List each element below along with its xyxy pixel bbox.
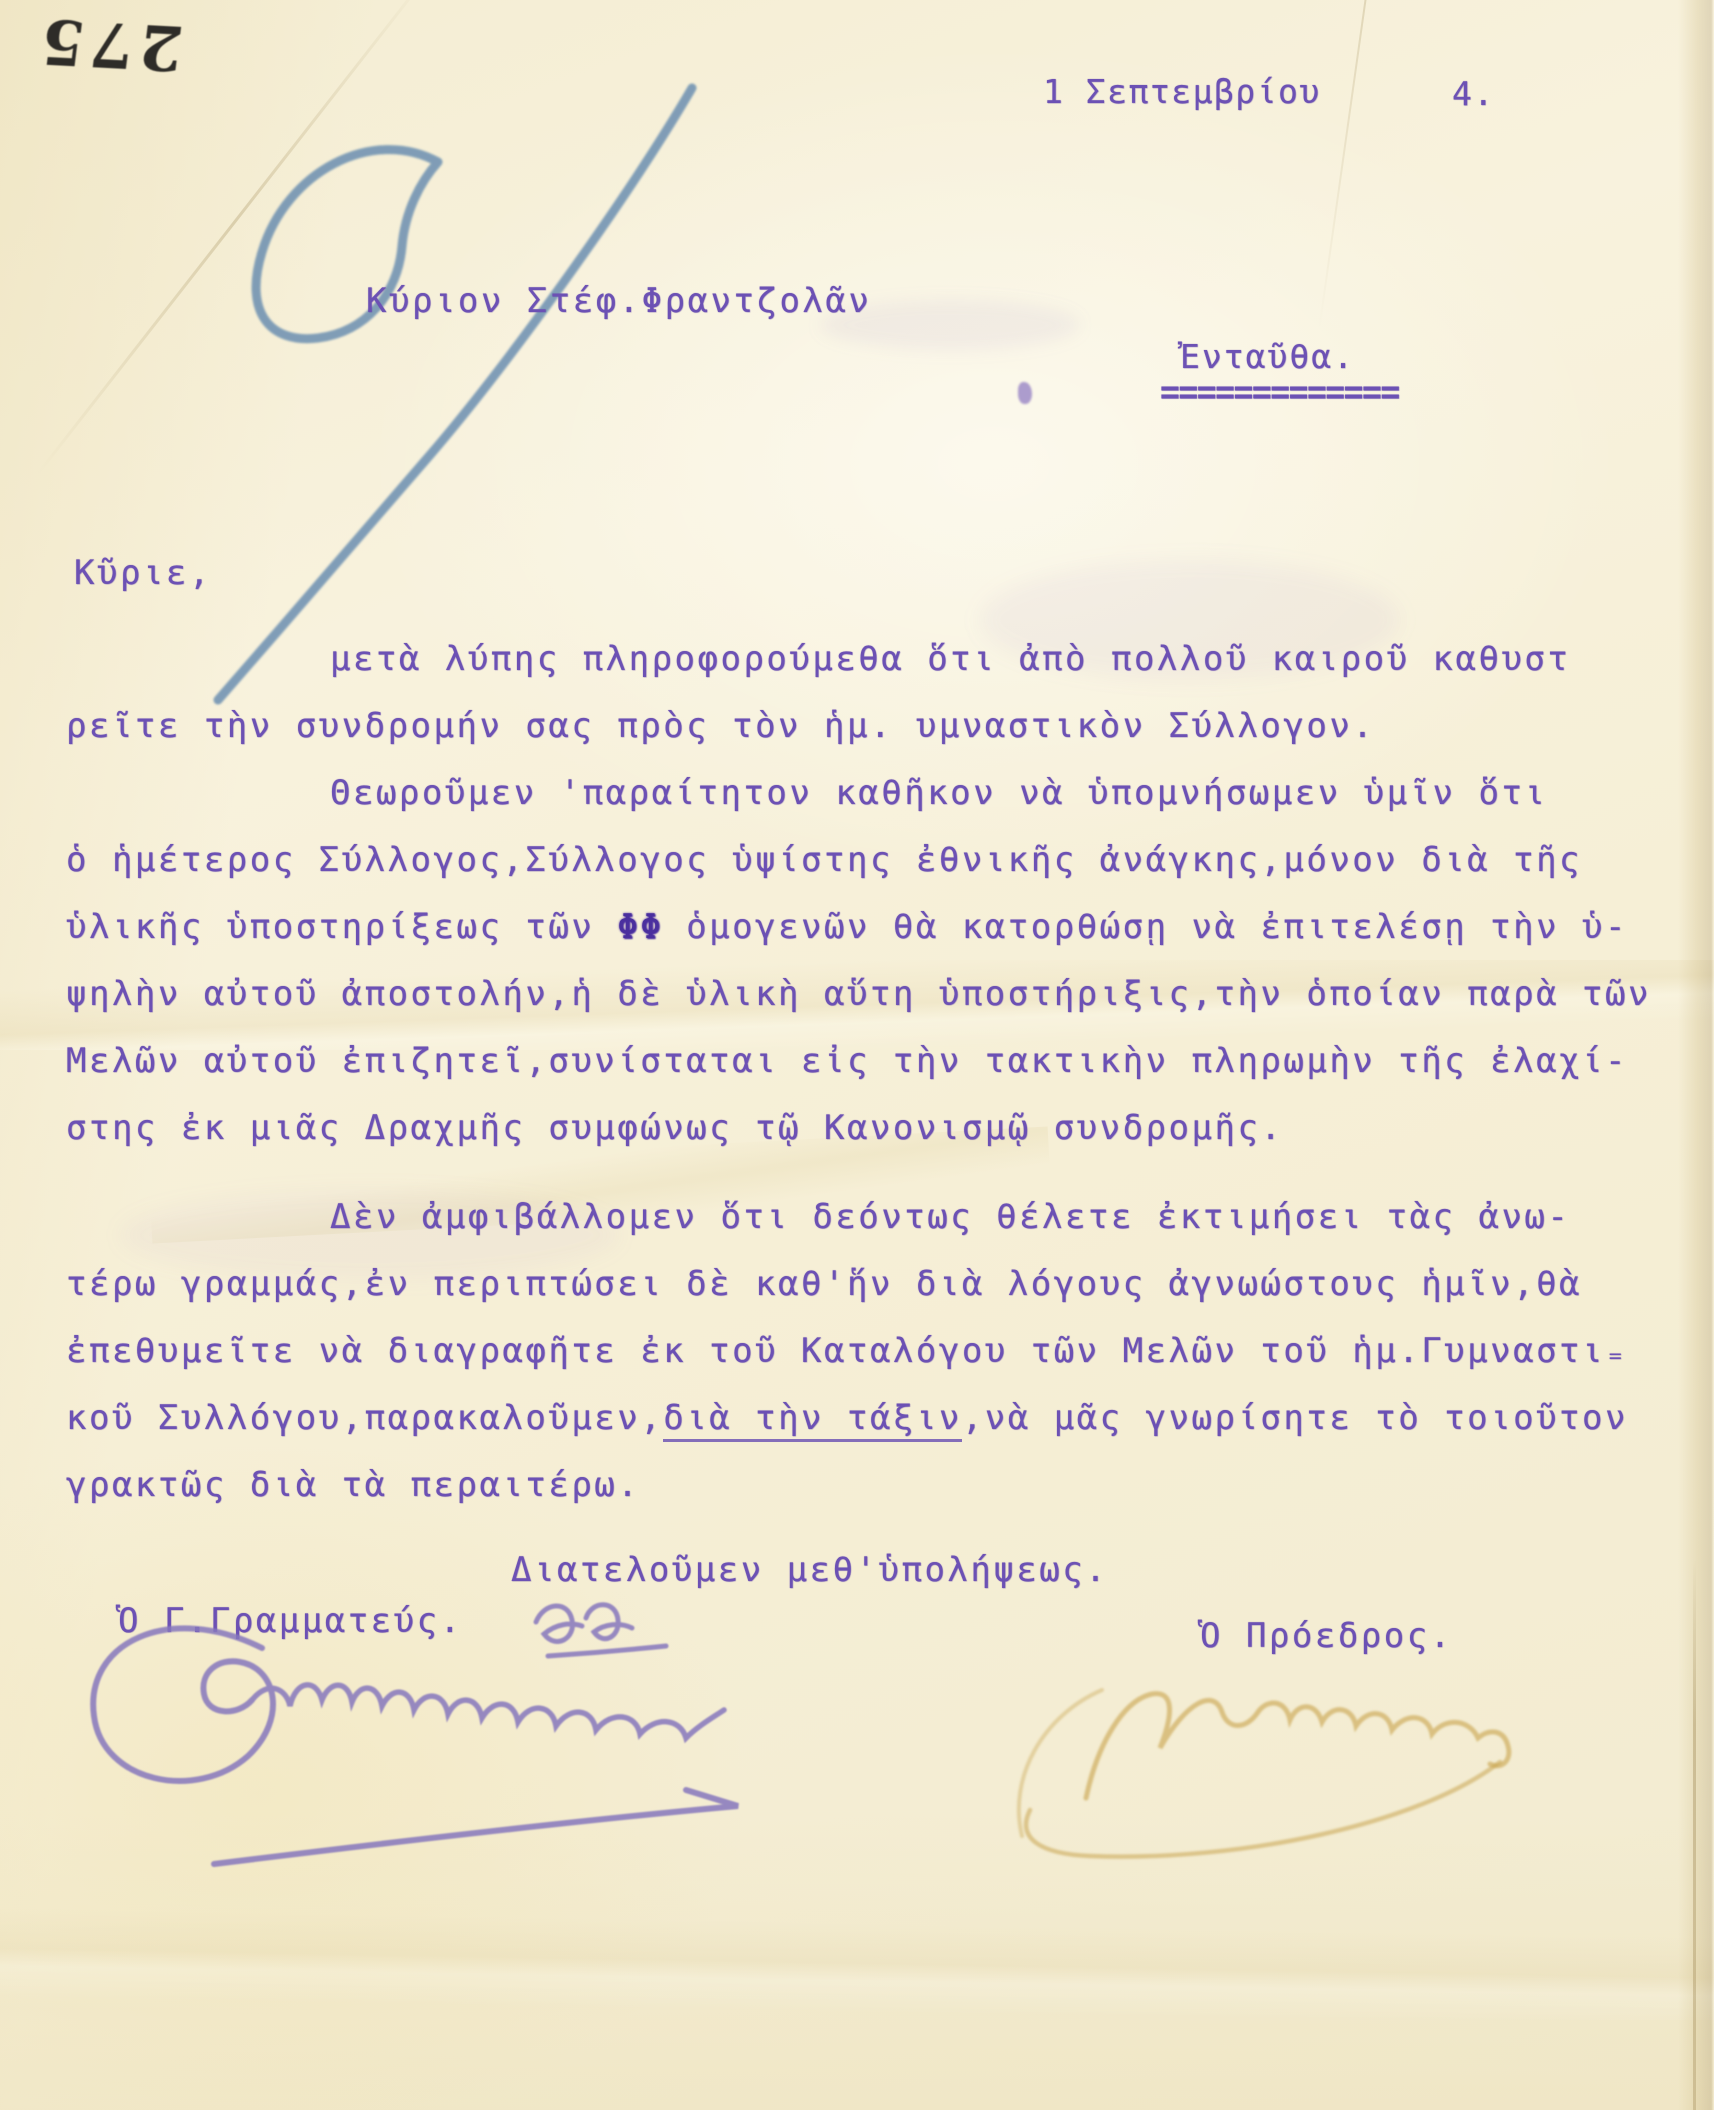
body-text: γρακτῶς διὰ τὰ περαιτέρω. [66,1465,640,1505]
page-edge [1678,0,1714,2110]
body-line: ὁ ἡμέτερος Σύλλογος,Σύλλογος ὑψίστης ἐθν… [66,827,1676,894]
body-text: ἐπεθυμεῖτε νὰ διαγραφῆτε ἐκ τοῦ Καταλόγο… [66,1331,1628,1371]
body-text: ρεῖτε τὴν συνδρομήν σας πρὸς τὸν ἡμ. υμν… [66,706,1375,746]
body-line: Θεωροῦμεν 'παραίτητον καθῆκον νὰ ὑπομνήσ… [66,760,1676,827]
page-fold [1693,1560,1696,2110]
body-text: ὁ ἡμέτερος Σύλλογος,Σύλλογος ὑψίστης ἐθν… [66,840,1582,880]
body-line: γρακτῶς διὰ τὰ περαιτέρω. [66,1452,1676,1519]
body-line: κοῦ Συλλόγου,παρακαλοῦμεν,διὰ τὴν τάξιν,… [66,1385,1676,1452]
letter-body: μετὰ λύπης πληροφορούμεθα ὅτι ἀπὸ πολλοῦ… [66,626,1676,1604]
body-line: τέρω γραμμάς,ἐν περιπτώσει δὲ καθ'ἥν διὰ… [66,1251,1676,1318]
body-text: Θεωροῦμεν 'παραίτητον καθῆκον νὰ ὑπομνήσ… [330,773,1547,813]
location-underline: ============= [1160,371,1399,412]
body-line: Δὲν ἀμφιβάλλομεν ὅτι δεόντως θέλετε ἐκτι… [66,1184,1676,1251]
archive-number-stamp: 275 [30,4,189,84]
body-text: στης ἐκ μιᾶς Δραχμῆς συμφώνως τῷ Κανονισ… [66,1108,1283,1148]
overstruck-text: ΦΦ [617,907,663,947]
secretary-title: Ὁ Γ.Γραμματεύς. [118,1601,463,1641]
closing-line: Διατελοῦμεν μεθ'ὑπολήψεως. [66,1537,1676,1604]
letter-page: 275 1 Σεπτεμβρίου 4. Κύριον Στέφ.Φραντζο… [0,0,1714,2110]
body-line: Μελῶν αὐτοῦ ἐπιζητεῖ,συνίσταται εἰς τὴν … [66,1028,1676,1095]
body-line: στης ἐκ μιᾶς Δραχμῆς συμφώνως τῷ Κανονισ… [66,1095,1676,1162]
body-line: ἐπεθυμεῖτε νὰ διαγραφῆτε ἐκ τοῦ Καταλόγο… [66,1318,1676,1385]
body-line: ὑλικῆς ὑποστηρίξεως τῶν ΦΦ ὁμογενῶν θὰ κ… [66,894,1676,961]
body-text: μετὰ λύπης πληροφορούμεθα ὅτι ἀπὸ πολλοῦ… [330,639,1570,679]
body-line: ψηλὴν αὐτοῦ ἀποστολήν,ἡ δὲ ὑλικὴ αὕτη ὑπ… [66,961,1676,1028]
body-text: κοῦ Συλλόγου,παρακαλοῦμεν, [66,1398,663,1438]
body-line: ρεῖτε τὴν συνδρομήν σας πρὸς τὸν ἡμ. υμν… [66,693,1676,760]
paper-crease [0,1900,1714,2020]
body-text: Μελῶν αὐτοῦ ἐπιζητεῖ,συνίσταται εἰς τὴν … [66,1041,1628,1081]
body-text: ,νὰ μᾶς γνωρίσητε τὸ τοιοῦτον [962,1398,1628,1438]
underlined-phrase: διὰ τὴν τάξιν [663,1398,962,1442]
date-number: 4. [1452,74,1495,113]
date-text: 1 Σεπτεμβρίου [1043,72,1321,111]
body-text: τέρω γραμμάς,ἐν περιπτώσει δὲ καθ'ἥν διὰ… [66,1264,1582,1304]
body-text: ὑλικῆς ὑποστηρίξεως τῶν [66,907,617,947]
addressee-line: Κύριον Στέφ.Φραντζολᾶν [366,281,871,321]
body-line: μετὰ λύπης πληροφορούμεθα ὅτι ἀπὸ πολλοῦ… [66,626,1676,693]
salutation: Κῦριε, [74,553,212,593]
body-text: ὁμογενῶν θὰ κατορθώσῃ νὰ ἐπιτελέσῃ τὴν ὑ… [663,907,1628,947]
paper-crease [1318,0,1367,328]
president-title: Ὁ Πρόεδρος. [1200,1616,1453,1656]
ink-speck [1018,382,1032,404]
body-text: ψηλὴν αὐτοῦ ἀποστολήν,ἡ δὲ ὑλικὴ αὕτη ὑπ… [66,974,1651,1014]
body-text: Δὲν ἀμφιβάλλομεν ὅτι δεόντως θέλετε ἐκτι… [330,1197,1570,1237]
